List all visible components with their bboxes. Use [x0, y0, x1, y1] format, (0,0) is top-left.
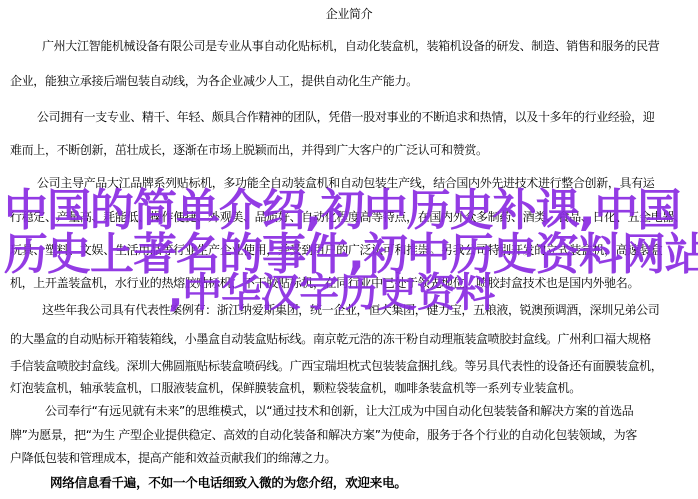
- paragraph-5-line-2: 牌”为愿景，把“为生 产型企业提供稳定、高效的自动化装备和解决方案”为使命，服务…: [10, 428, 637, 442]
- paragraph-1-line-1: 广州大江智能机械设备有限公司是专业从事自动化贴标机，自动化装盒机，装箱机设备的研…: [42, 39, 659, 53]
- watermark-overlay-line-3[interactable]: ,中华汉字历史资料: [168, 270, 494, 316]
- paragraph-4-line-4: 灯泡装盒机，轴承装盒机，口服液装盒机，保鲜膜装盒机，颗粒袋装盒机，咖啡条装盒机等…: [10, 381, 581, 395]
- paragraph-1-line-2: 企业，能独立承接后端包装自动线，为各企业减少人工，提供自动化生产能力。: [10, 74, 418, 88]
- document-title: 企业简介: [0, 7, 698, 21]
- closing-statement: 网络信息看千遍，不如一个电话细致入微的为您介绍，欢迎来电。: [50, 476, 407, 490]
- paragraph-2-line-1: 公司拥有一支专业、精干、年轻、颇具合作精神的团队，凭借一股对事业的不断追求和热情…: [37, 110, 654, 124]
- paragraph-4-line-3: 手信装盒喷胶封盒线。深圳大佛圆瓶贴标装盒喷码线。广西宝瑞坦枕式包装装盒捆扎线。等…: [10, 359, 662, 373]
- paragraph-2-line-2: 难而上，不断创新，茁壮成长，逐渐在市场上脱颖而出，并得到广大客户的广泛认可和赞赏…: [10, 143, 488, 157]
- paragraph-5-line-3: 户降低包装和管理成本，提高产能和效益贡献我们的绵薄之力。: [10, 451, 336, 465]
- paragraph-4-line-2: 的大墨盒的自动贴标开箱装箱线，小墨盒自动装盒贴标线。南京乾元浩的冻干粉自动理瓶装…: [10, 332, 651, 346]
- paragraph-5-line-1: 公司奉行“有远见就有未来”的思维模式，以“通过技术和创新，让大江成为中国自动化包…: [45, 404, 633, 418]
